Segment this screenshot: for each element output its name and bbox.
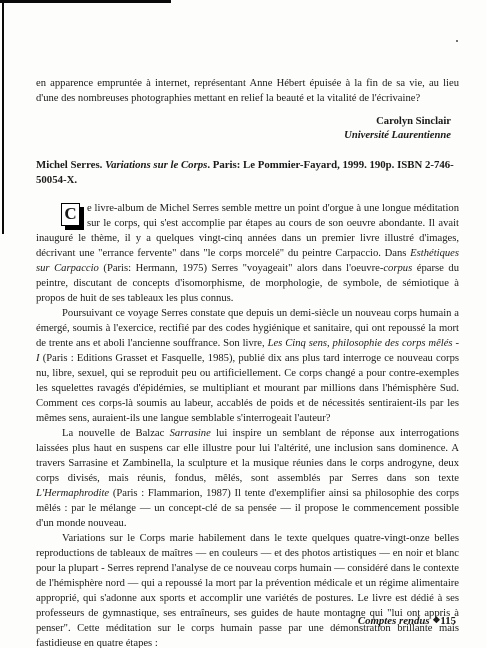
intro-paragraph-text: en apparence empruntée à internet, repré… [36,78,462,104]
scan-edge-top-line [0,0,171,3]
text-block: en apparence empruntée à internet, repré… [36,76,459,648]
scan-edge-left-line [2,0,4,234]
paragraph-3-text: La nouvelle de Balzac Sarrasine lui insp… [36,428,462,529]
intro-paragraph: en apparence empruntée à internet, repré… [36,76,459,106]
reviewer-affiliation: Université Laurentienne [36,129,451,143]
paragraph-1: Ce livre-album de Michel Serres semble m… [36,201,459,306]
signature-block: Carolyn Sinclair Université Laurentienne [36,115,451,143]
paragraph-2-text: Poursuivant ce voyage Serres constate qu… [36,308,462,424]
reviewer-name: Carolyn Sinclair [36,115,451,129]
footer-journal-title: Comptes rendus [358,615,430,627]
page-footer: Comptes rendus ❖115 [358,615,456,627]
book-citation-text: Michel Serres. Variations sur le Corps. … [36,159,454,186]
scan-speck [456,40,458,42]
paragraph-4-text: Variations sur le Corps marie habilement… [36,533,462,648]
paragraph-3: La nouvelle de Balzac Sarrasine lui insp… [36,426,459,531]
paragraph-1-text: e livre-album de Michel Serres semble me… [36,203,462,304]
diamond-icon: ❖ [432,615,440,625]
footer-page-number: 115 [440,615,456,627]
dropcap-initial: C [61,203,80,226]
scanned-review-page: en apparence empruntée à internet, repré… [0,0,486,648]
paragraph-4: Variations sur le Corps marie habilement… [36,531,459,648]
paragraph-2: Poursuivant ce voyage Serres constate qu… [36,306,459,426]
book-citation: Michel Serres. Variations sur le Corps. … [36,158,459,188]
